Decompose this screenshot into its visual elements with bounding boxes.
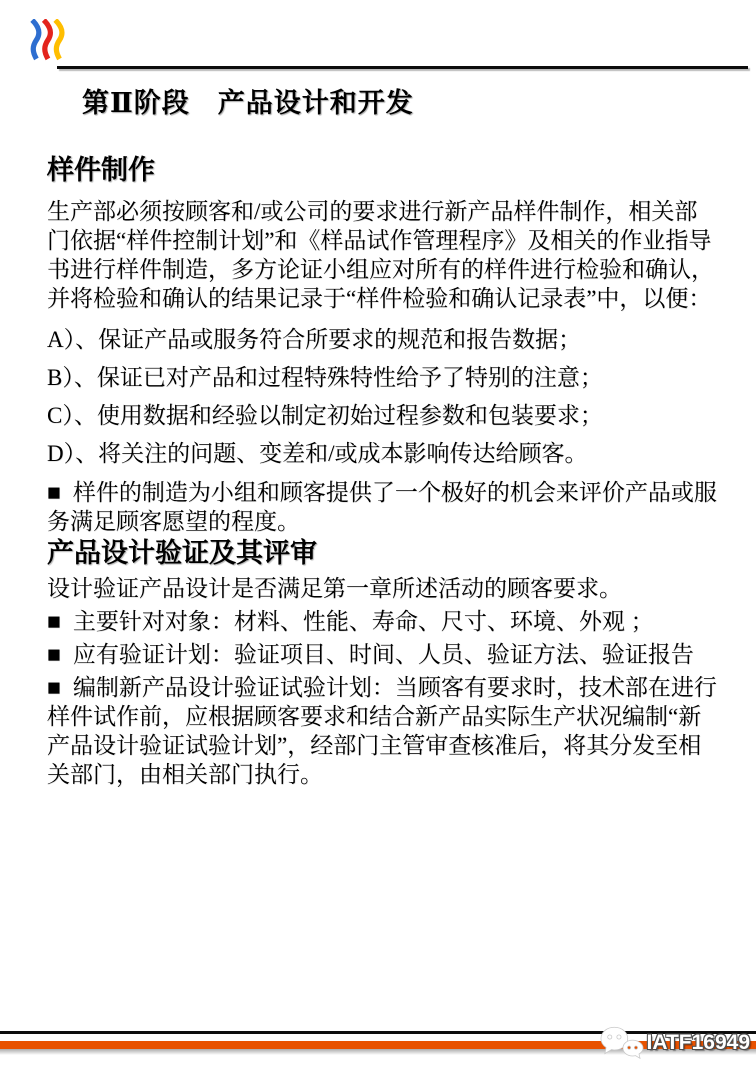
verification-bullet-2: ■应有验证计划：验证项目、时间、人员、验证方法、验证报告 (47, 640, 717, 669)
lettered-list: A）、保证产品或服务符合所要求的规范和报告数据； B）、保证已对产品和过程特殊特… (47, 325, 717, 468)
list-item-b: B）、保证已对产品和过程特殊特性给予了特别的注意； (47, 363, 717, 392)
section-heading-design-verification: 产品设计验证及其评审 (47, 538, 717, 568)
square-bullet-icon: ■ (47, 642, 61, 667)
design-verification-intro: 设计验证产品设计是否满足第一章所述活动的顾客要求。 (47, 574, 717, 603)
content-area: 样件制作 生产部必须按顾客和/或公司的要求进行新产品样件制作，相关部门依据“样件… (47, 155, 717, 789)
section-heading-sample-making: 样件制作 (47, 155, 717, 185)
verification-bullet-3: ■编制新产品设计验证试验计划：当顾客有要求时，技术部在进行样件试作前，应根据顾客… (47, 673, 717, 789)
list-item-a: A）、保证产品或服务符合所要求的规范和报告数据； (47, 325, 717, 354)
verification-bullet-1: ■主要针对对象：材料、性能、寿命、尺寸、环境、外观 ； (47, 607, 717, 636)
sample-making-paragraph: 生产部必须按顾客和/或公司的要求进行新产品样件制作，相关部门依据“样件控制计划”… (47, 197, 717, 313)
square-bullet-icon: ■ (47, 480, 61, 505)
sample-making-note: ■样件的制造为小组和顾客提供了一个极好的机会来评价产品或服务满足顾客愿望的程度。 (47, 478, 717, 536)
square-bullet-icon: ■ (47, 609, 61, 634)
square-bullet-icon: ■ (47, 675, 61, 700)
wechat-icon (600, 1026, 644, 1060)
page-title: 第Ⅱ阶段 产品设计和开发 (82, 81, 414, 120)
sample-making-note-text: 样件的制造为小组和顾客提供了一个极好的机会来评价产品或服务满足顾客愿望的程度。 (47, 480, 717, 534)
list-item-c: C）、使用数据和经验以制定初始过程参数和包装要求； (47, 401, 717, 430)
list-item-d: D）、将关注的问题、变差和/或成本影响传达给顾客。 (47, 439, 717, 468)
verification-bullet-1-text: 主要针对对象：材料、性能、寿命、尺寸、环境、外观 ； (73, 609, 654, 634)
triple-chevron-logo-icon (28, 19, 70, 61)
top-divider (57, 66, 748, 69)
watermark-text: IATF16949 (647, 1031, 751, 1055)
verification-bullet-2-text: 应有验证计划：验证项目、时间、人员、验证方法、验证报告 (73, 642, 694, 667)
verification-bullet-3-text: 编制新产品设计验证试验计划：当顾客有要求时，技术部在进行样件试作前，应根据顾客要… (47, 675, 717, 787)
watermark: IATF16949 (600, 1026, 751, 1060)
